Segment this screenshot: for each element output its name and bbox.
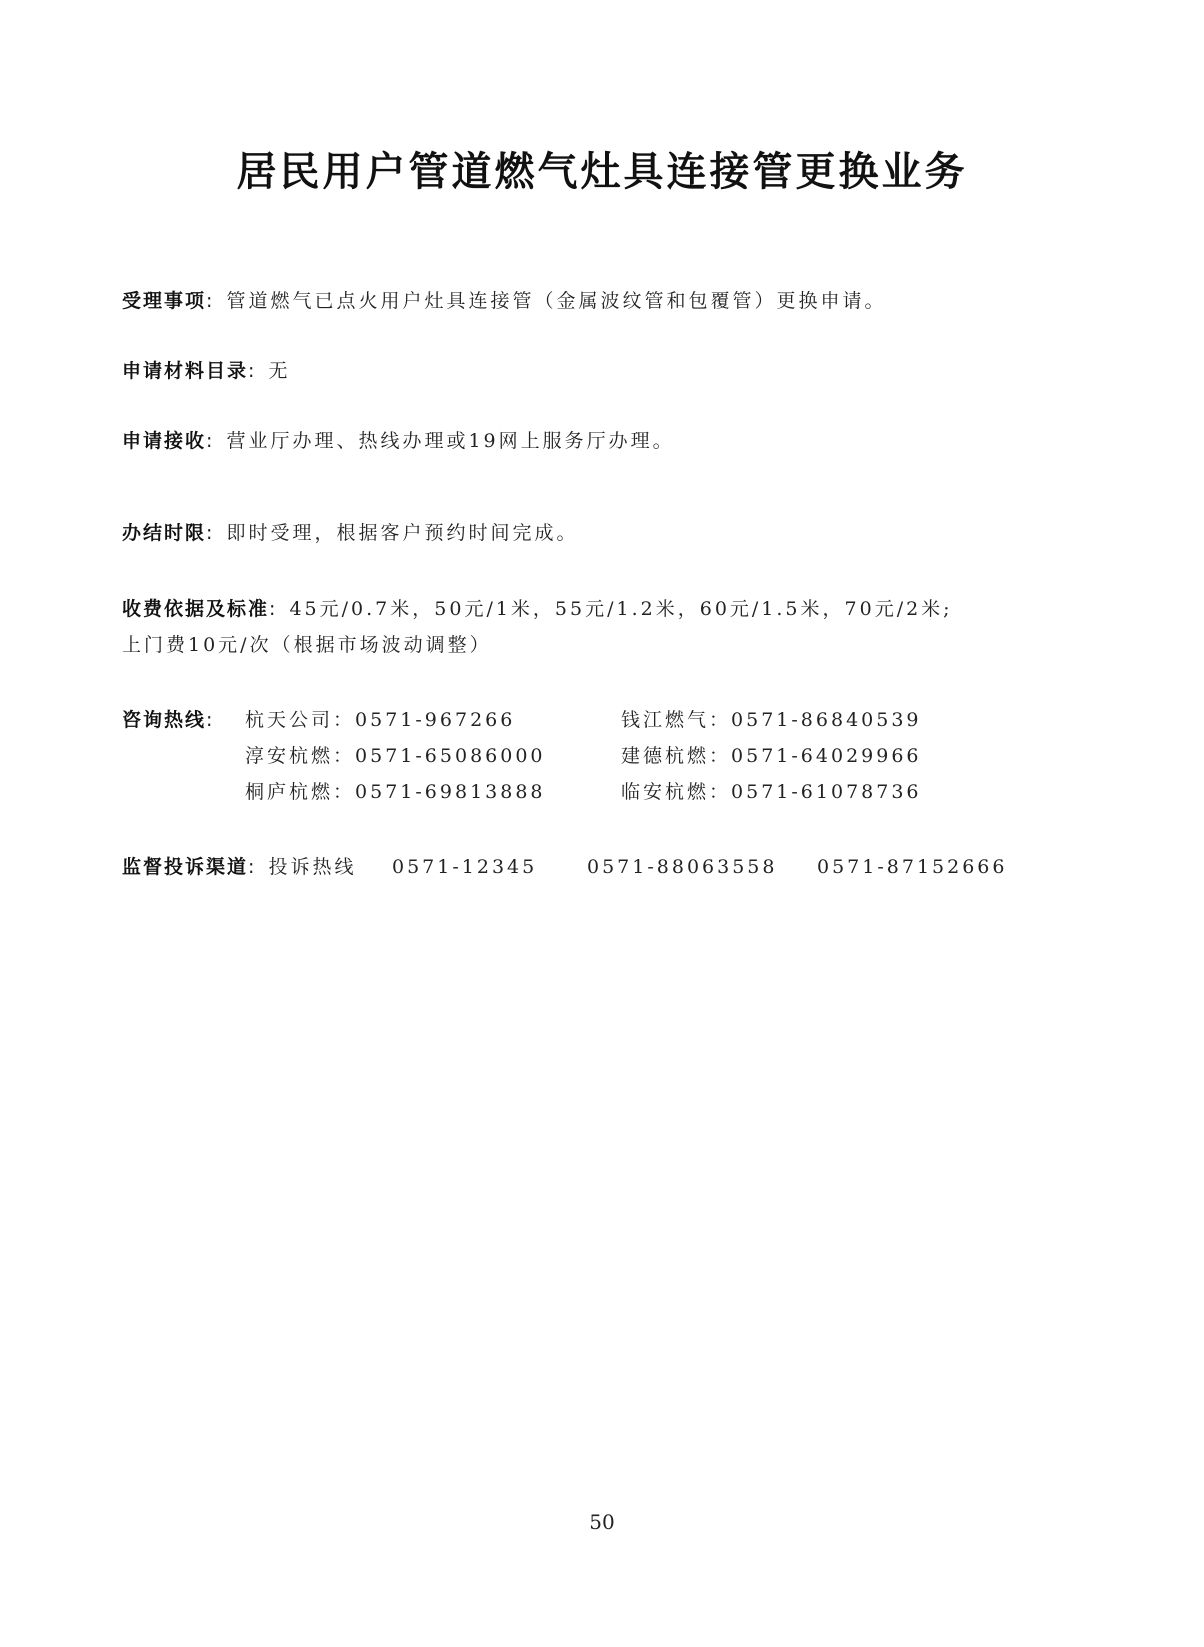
reception-label: 申请接收: [122, 430, 206, 452]
reception-value: 营业厅办理、热线办理或19网上服务厅办理。: [226, 430, 674, 452]
contact-item: 杭天公司：0571-967266: [245, 702, 515, 738]
materials-value: 无: [268, 360, 290, 382]
reception-colon: :: [206, 430, 212, 452]
fees-value-line1: 45元/0.7米，50元/1米，55元/1.2米，60元/1.5米，70元/2米…: [289, 598, 952, 620]
contact-separator: ：: [333, 745, 355, 767]
page-title: 居民用户管道燃气灶具连接管更换业务: [0, 140, 1204, 197]
fees-colon: :: [269, 598, 275, 620]
section-reception: 申请接收: 营业厅办理、热线办理或19网上服务厅办理。: [122, 423, 675, 459]
contact-phone: 0571-69813888: [355, 781, 545, 803]
contact-phone: 0571-967266: [355, 709, 515, 731]
complaint-phone-2: 0571-88063558: [587, 849, 777, 885]
contact-phone: 0571-65086000: [355, 745, 545, 767]
contact-phone: 0571-64029966: [731, 745, 921, 767]
section-scope: 受理事项: 管道燃气已点火用户灶具连接管（金属波纹管和包覆管）更换申请。: [122, 283, 886, 319]
contact-item: 建德杭燃：0571-64029966: [621, 738, 922, 774]
contact-item: 临安杭燃：0571-61078736: [621, 774, 922, 810]
materials-label: 申请材料目录: [122, 360, 248, 382]
hotline-label: 咨询热线: [122, 709, 206, 731]
section-hotline: 咨询热线: 杭天公司：0571-967266 钱江燃气：0571-8684053…: [122, 702, 220, 738]
contact-name: 钱江燃气: [621, 709, 709, 731]
contact-name: 临安杭燃: [621, 781, 709, 803]
hotline-colon: :: [206, 709, 212, 731]
scope-value: 管道燃气已点火用户灶具连接管（金属波纹管和包覆管）更换申请。: [226, 290, 886, 312]
section-complaint: 监督投诉渠道: 投诉热线 0571-12345 0571-88063558 05…: [122, 849, 356, 885]
complaint-phone-3: 0571-87152666: [817, 849, 1007, 885]
contact-item: 钱江燃气：0571-86840539: [621, 702, 922, 738]
time-limit-label: 办结时限: [122, 522, 206, 544]
contact-name: 桐庐杭燃: [245, 781, 333, 803]
fees-label: 收费依据及标准: [122, 598, 269, 620]
time-limit-value: 即时受理，根据客户预约时间完成。: [226, 522, 578, 544]
contact-phone: 0571-86840539: [731, 709, 921, 731]
section-materials: 申请材料目录: 无: [122, 353, 290, 389]
complaint-phone-1: 0571-12345: [392, 849, 537, 885]
fees-value-line2: 上门费10元/次（根据市场波动调整）: [122, 634, 492, 656]
scope-colon: :: [206, 290, 212, 312]
section-time-limit: 办结时限: 即时受理，根据客户预约时间完成。: [122, 515, 578, 551]
contact-item: 淳安杭燃：0571-65086000: [245, 738, 546, 774]
time-limit-colon: :: [206, 522, 212, 544]
contact-name: 建德杭燃: [621, 745, 709, 767]
contact-separator: ：: [709, 709, 731, 731]
contact-name: 淳安杭燃: [245, 745, 333, 767]
page-number: 50: [0, 1510, 1204, 1534]
scope-label: 受理事项: [122, 290, 206, 312]
contact-item: 桐庐杭燃：0571-69813888: [245, 774, 546, 810]
contact-separator: ：: [333, 709, 355, 731]
complaint-colon: :: [248, 856, 254, 878]
complaint-prefix: 投诉热线: [268, 856, 356, 878]
contact-separator: ：: [709, 781, 731, 803]
contact-separator: ：: [709, 745, 731, 767]
complaint-label: 监督投诉渠道: [122, 856, 248, 878]
materials-colon: :: [248, 360, 254, 382]
contact-separator: ：: [333, 781, 355, 803]
section-fees: 收费依据及标准: 45元/0.7米，50元/1米，55元/1.2米，60元/1.…: [122, 591, 953, 663]
contact-phone: 0571-61078736: [731, 781, 921, 803]
contact-name: 杭天公司: [245, 709, 333, 731]
